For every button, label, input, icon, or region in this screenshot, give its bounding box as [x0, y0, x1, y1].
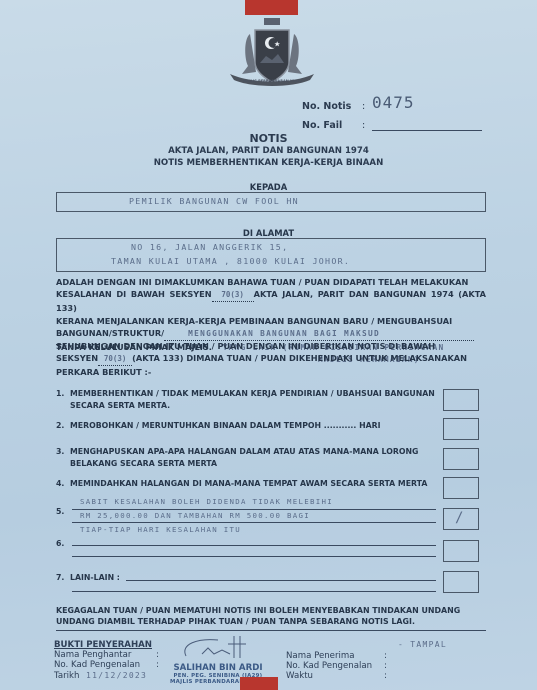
item-3-checkbox[interactable]	[443, 448, 479, 470]
warning-line-2: UNDANG DIAMBIL TERHADAP PIHAK TUAN / PUA…	[56, 616, 486, 627]
sender-ic-row: No. Kad Pengenalan:	[54, 660, 159, 670]
item-number: 1.	[56, 388, 70, 400]
receiver-ic-label: No. Kad Pengenalan	[286, 661, 384, 671]
address-label: DI ALAMAT	[0, 228, 537, 238]
section-field[interactable]: 70(3)	[212, 289, 254, 302]
address-line-1: NO 16, JALAN ANGGERIK 15,	[131, 242, 288, 252]
item-number: 7.	[56, 572, 70, 584]
instruction-line-2: SEKSYEN70(3)(AKTA 133) DIMANA TUAN / PUA…	[56, 352, 486, 366]
item-5-line-1[interactable]	[72, 509, 436, 510]
delivery-proof: BUKTI PENYERAHAN Nama Penghantar: No. Ka…	[54, 640, 159, 681]
colon: :	[362, 101, 372, 112]
receiver-info: Nama Penerima: No. Kad Pengenalan: Waktu…	[286, 651, 387, 682]
colon: :	[384, 651, 387, 661]
item-6-line-2[interactable]	[72, 556, 436, 557]
file-no-field[interactable]	[372, 119, 482, 131]
item-text: MENGHAPUSKAN APA-APA HALANGAN DALAM ATAU…	[70, 447, 418, 456]
text: KESALAHAN DI BAWAH SEKSYEN	[56, 289, 212, 299]
address-field[interactable]: NO 16, JALAN ANGGERIK 15, TAMAN KULAI UT…	[56, 238, 486, 272]
handwritten-text: MENGGUNAKAN BANGUNAN BAGI MAKSUD	[188, 329, 380, 338]
item-6-checkbox[interactable]	[443, 540, 479, 562]
item-text: SECARA SERTA MERTA.	[70, 401, 170, 410]
notice-subtitle: NOTIS MEMBERHENTIKAN KERJA-KERJA BINAAN	[0, 158, 537, 168]
item-7: 7.LAIN-LAIN :	[56, 572, 120, 584]
colon: :	[362, 120, 372, 131]
proof-title: BUKTI PENYERAHAN	[54, 640, 159, 650]
divider	[56, 630, 486, 631]
instruction-line-3: PERKARA BERIKUT :-	[56, 366, 486, 378]
time-row: Waktu:	[286, 671, 387, 681]
item-4-checkbox[interactable]	[443, 477, 479, 499]
date-row: Tarikh11/12/2023	[54, 671, 159, 681]
item-1: 1.MEMBERHENTIKAN / TIDAK MEMULAKAN KERJA…	[56, 388, 435, 411]
notice-no-value: 0475	[372, 93, 415, 112]
offence-line-1: ADALAH DENGAN INI DIMAKLUMKAN BAHAWA TUA…	[56, 276, 486, 288]
instruction-line-1: SEHUBUNGAN DENGAN ITU TUAN / PUAN DENGAN…	[56, 340, 486, 352]
colon: :	[156, 650, 159, 660]
date-label: Tarikh	[54, 671, 86, 681]
item-number: 3.	[56, 446, 70, 458]
item-5-hand-1: SABIT KESALAHAN BOLEH DIDENDA TIDAK MELE…	[80, 497, 333, 506]
item-5-checkbox[interactable]: /	[443, 508, 479, 530]
notice-reference: No. Notis : 0475 No. Fail :	[302, 93, 482, 131]
text: (AKTA 133) DIMANA TUAN / PUAN DIKEHENDAK…	[132, 353, 467, 363]
check-mark-icon: /	[455, 510, 465, 526]
majlis-crest-icon	[222, 18, 322, 88]
item-7-line-2[interactable]	[72, 591, 436, 592]
item-4: 4.MEMINDAHKAN HALANGAN DI MANA-MANA TEMP…	[56, 478, 427, 490]
offence-line-4: BANGUNAN/STRUKTUR/MENGGUNAKAN BANGUNAN B…	[56, 327, 486, 341]
item-text: MEROBOHKAN / MERUNTUHKAN BINAAN DALAM TE…	[70, 421, 381, 430]
recipient-field[interactable]: PEMILIK BANGUNAN CW FOOL HN	[56, 192, 486, 212]
item-number: 4.	[56, 478, 70, 490]
item-2-checkbox[interactable]	[443, 418, 479, 440]
section-field-2[interactable]: 70(3)	[98, 353, 132, 366]
item-7-line-1[interactable]	[126, 580, 436, 581]
colon: :	[384, 661, 387, 671]
crest-motto: MAJLIS PERBANDARAN KULAI	[235, 79, 310, 83]
receiver-name-row: Nama Penerima:	[286, 651, 387, 661]
item-7-checkbox[interactable]	[443, 571, 479, 593]
document-title: NOTIS	[0, 132, 537, 145]
warning-text: KEGAGALAN TUAN / PUAN MEMATUHI NOTIS INI…	[56, 605, 486, 627]
receiver-ic-row: No. Kad Pengenalan:	[286, 661, 387, 671]
to-label: KEPADA	[0, 182, 537, 192]
receiver-name-label: Nama Penerima	[286, 651, 384, 661]
file-no-label: No. Fail	[302, 120, 362, 131]
text: SEKSYEN	[56, 353, 98, 363]
warning-line-1: KEGAGALAN TUAN / PUAN MEMATUHI NOTIS INI…	[56, 605, 486, 616]
recipient-value: PEMILIK BANGUNAN CW FOOL HN	[129, 196, 299, 206]
offence-line-2: KESALAHAN DI BAWAH SEKSYEN70(3)AKTA JALA…	[56, 288, 486, 314]
item-5-hand-2: RM 25,000.00 DAN TAMBAHAN RM 500.00 BAGI	[80, 511, 310, 520]
sender-name-label: Nama Penghantar	[54, 650, 156, 660]
date-value: 11/12/2023	[86, 671, 147, 680]
time-label: Waktu	[286, 671, 384, 681]
item-text: BELAKANG SECARA SERTA MERTA	[70, 459, 217, 468]
item-5-line-2[interactable]	[72, 522, 436, 523]
sender-name-row: Nama Penghantar:	[54, 650, 159, 660]
item-3: 3.MENGHAPUSKAN APA-APA HALANGAN DALAM AT…	[56, 446, 418, 469]
receiver-note: - TAMPAL	[398, 640, 447, 649]
notice-no-label: No. Notis	[302, 101, 362, 112]
item-label: LAIN-LAIN :	[70, 573, 120, 582]
red-binder-tab-top	[245, 0, 298, 15]
item-5-hand-3: TIAP-TIAP HARI KESALAHAN ITU	[80, 525, 241, 534]
item-6-line-1[interactable]	[72, 545, 436, 546]
officer-name: SALIHAN BIN ARDI	[158, 663, 278, 673]
colon: :	[384, 671, 387, 681]
address-line-2: TAMAN KULAI UTAMA , 81000 KULAI JOHOR.	[111, 256, 350, 266]
item-2: 2.MEROBOHKAN / MERUNTUHKAN BINAAN DALAM …	[56, 420, 381, 432]
sender-ic-label: No. Kad Pengenalan	[54, 660, 156, 670]
item-5-number: 5.	[56, 506, 64, 518]
act-title: AKTA JALAN, PARIT DAN BANGUNAN 1974	[0, 146, 537, 156]
item-number: 2.	[56, 420, 70, 432]
signature-icon	[178, 634, 258, 664]
item-6-number: 6.	[56, 538, 64, 550]
item-1-checkbox[interactable]	[443, 389, 479, 411]
item-text: MEMINDAHKAN HALANGAN DI MANA-MANA TEMPAT…	[70, 479, 427, 488]
red-binder-tab-bottom	[240, 677, 278, 690]
item-text: MEMBERHENTIKAN / TIDAK MEMULAKAN KERJA P…	[70, 389, 435, 398]
instruction-paragraph: SEHUBUNGAN DENGAN ITU TUAN / PUAN DENGAN…	[56, 340, 486, 379]
text: BANGUNAN/STRUKTUR/	[56, 328, 164, 338]
offence-line-3: KERANA MENJALANKAN KERJA-KERJA PEMBINAAN…	[56, 315, 486, 327]
